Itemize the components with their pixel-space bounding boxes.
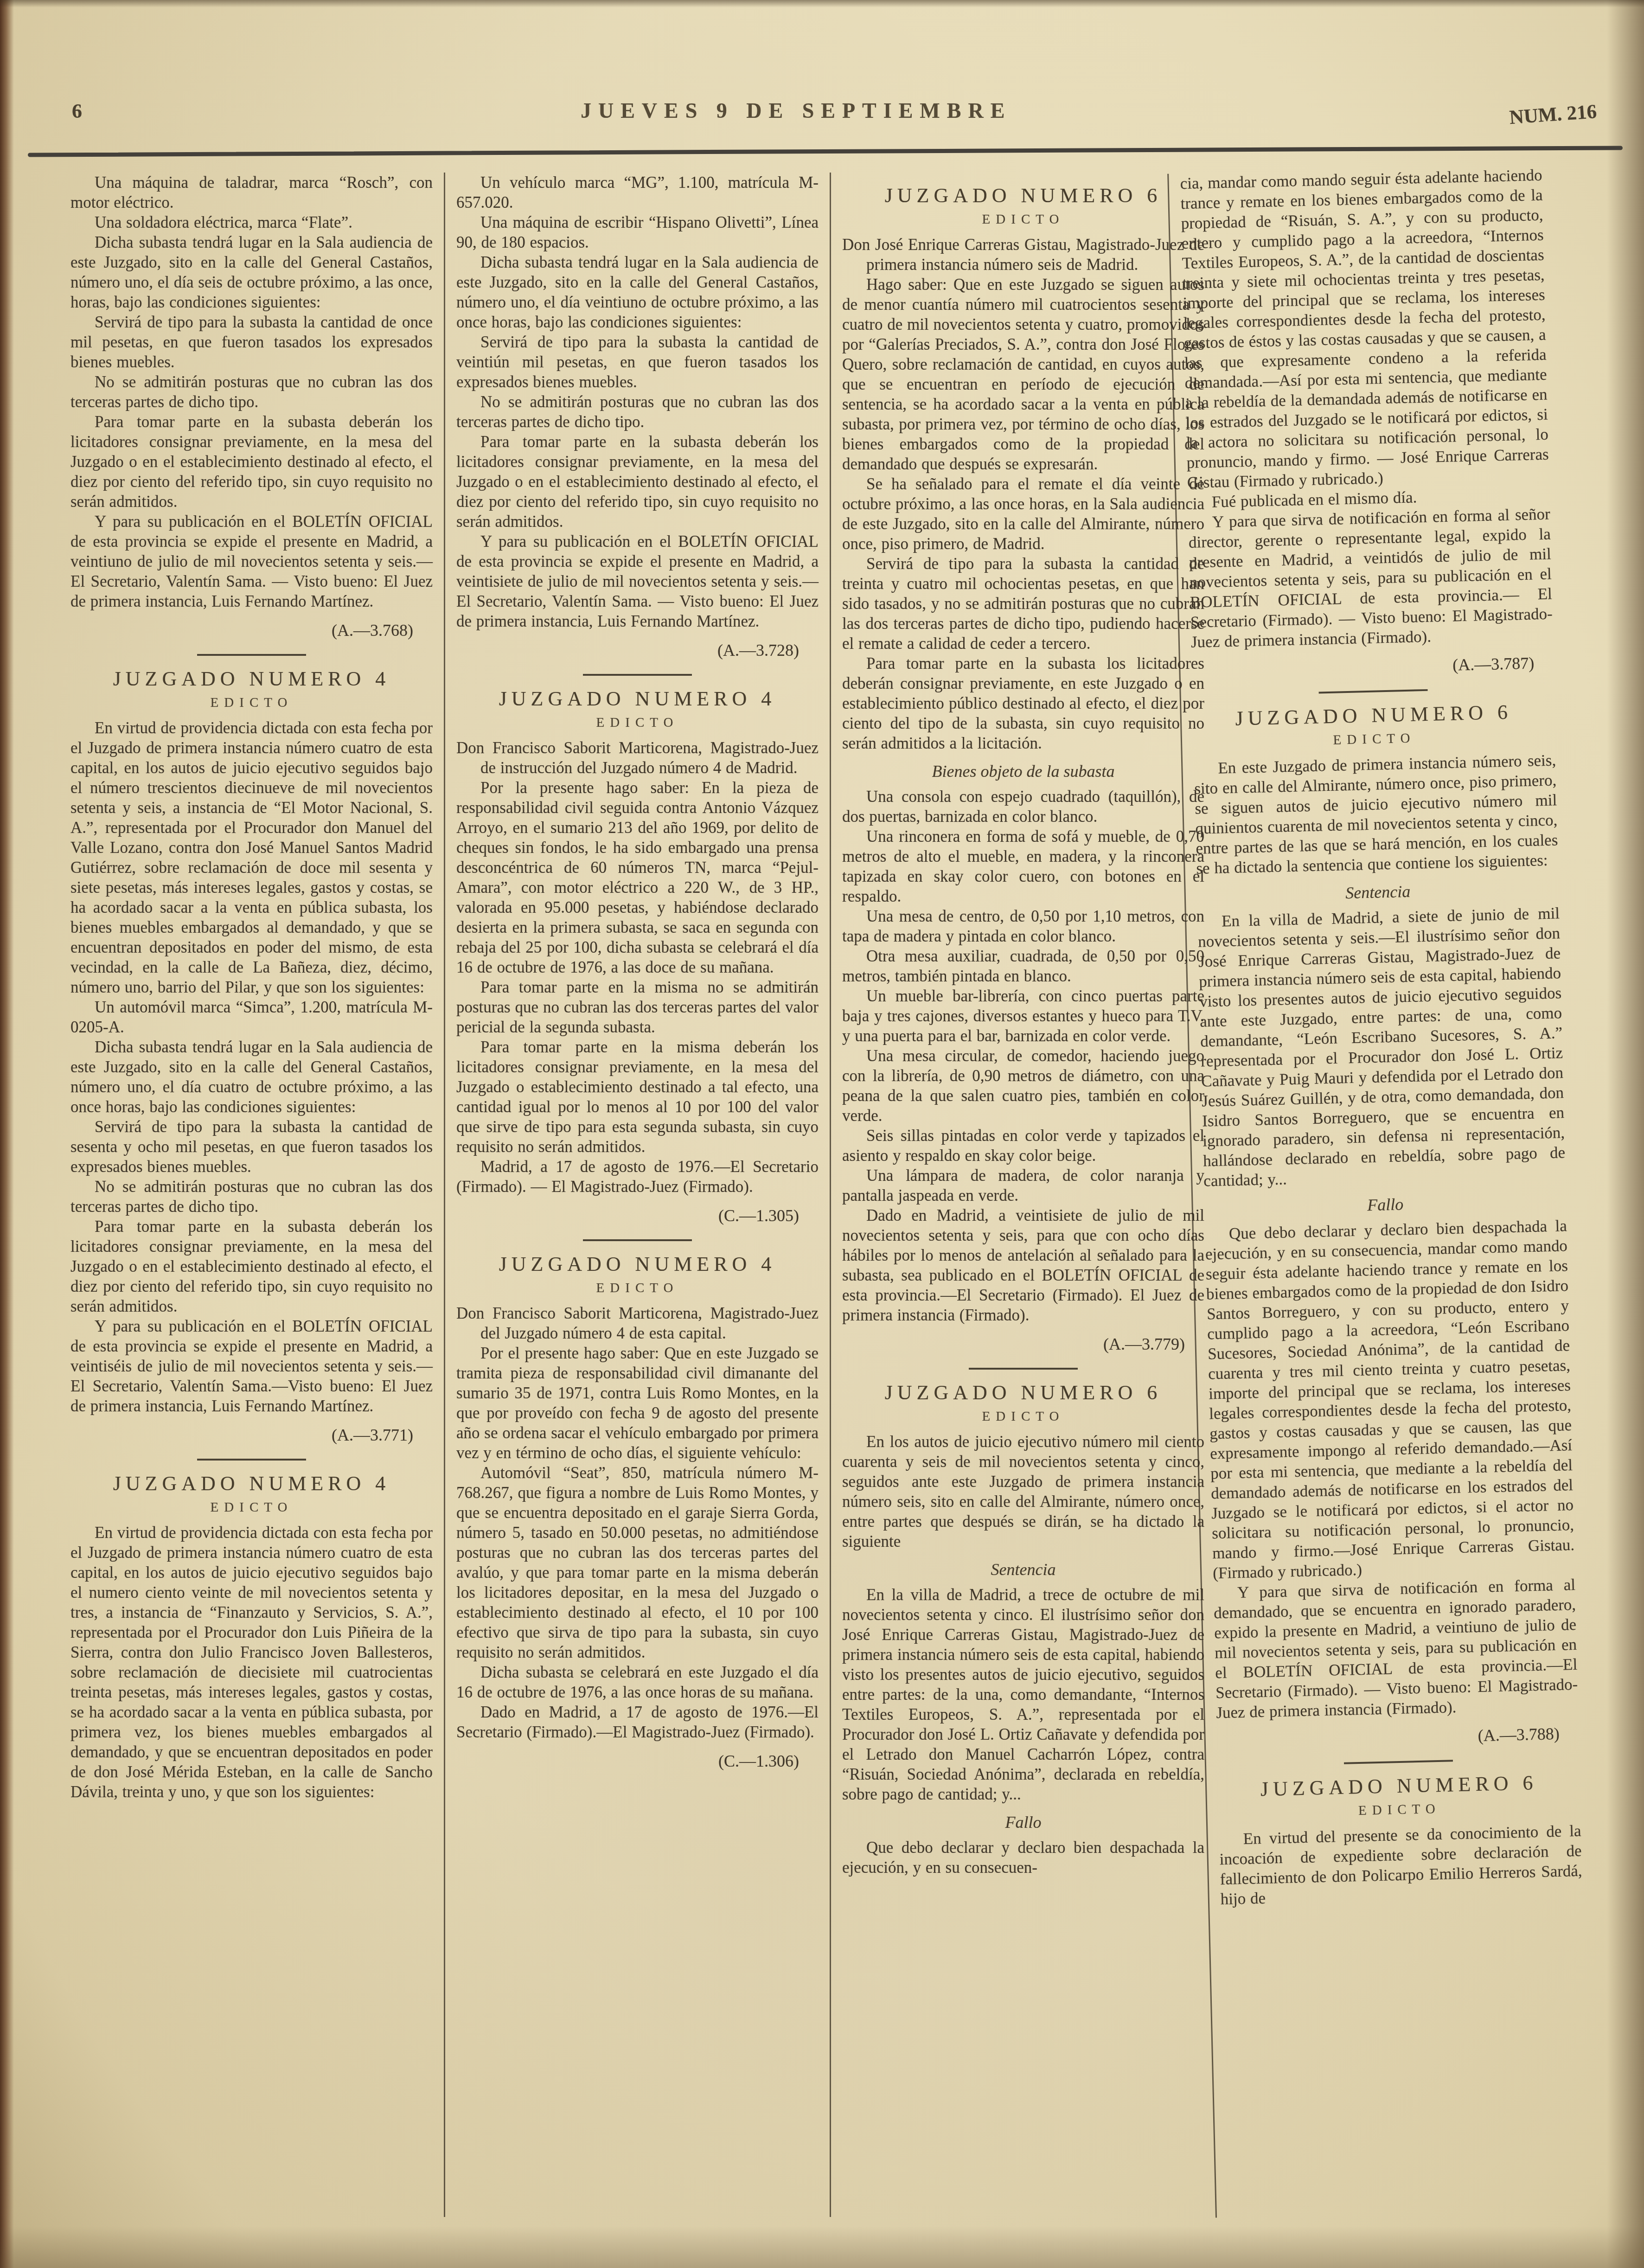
column-2: Un vehículo marca “MG”, 1.100, matrícula… bbox=[444, 173, 830, 2217]
section-title: JUZGADO NUMERO 6 bbox=[842, 1381, 1204, 1404]
section-divider bbox=[1344, 1760, 1453, 1764]
paragraph: Madrid, a 17 de agosto de 1976.—El Secre… bbox=[456, 1157, 819, 1197]
page-top-edge bbox=[0, 0, 1644, 7]
paragraph-hanging: Don José Enrique Carreras Gistau, Magist… bbox=[842, 235, 1204, 275]
issue-number: NUM. 216 bbox=[1509, 100, 1598, 129]
paragraph: Para tomar parte en la subasta los licit… bbox=[842, 653, 1204, 753]
paragraph: No se admitirán posturas que no cubran l… bbox=[70, 372, 433, 412]
edicto-label: EDICTO bbox=[1193, 727, 1556, 751]
paragraph: Se ha señalado para el remate el día vei… bbox=[842, 474, 1204, 554]
paragraph: Una máquina de taladrar, marca “Rosch”, … bbox=[70, 173, 433, 212]
paragraph: Servirá de tipo para la subasta la canti… bbox=[842, 554, 1204, 653]
paragraph: Hago saber: Que en este Juzgado se sigue… bbox=[842, 275, 1204, 474]
paragraph: Por la presente hago saber: En la pieza … bbox=[456, 778, 819, 977]
reference-code: (A.—3.771) bbox=[70, 1425, 413, 1445]
paragraph: Para tomar parte en la misma deberán los… bbox=[456, 1037, 819, 1157]
section-divider bbox=[583, 1239, 692, 1241]
reference-code: (C.—1.305) bbox=[456, 1206, 799, 1225]
paragraph: No se admitirán posturas que no cubran l… bbox=[456, 392, 819, 432]
paragraph: En virtud de providencia dictada con est… bbox=[70, 1523, 433, 1802]
paragraph: En la villa de Madrid, a trece de octubr… bbox=[842, 1585, 1204, 1804]
paragraph: Y para su publicación en el BOLETÍN OFIC… bbox=[70, 512, 433, 611]
reference-code: (A.—3.788) bbox=[1216, 1724, 1560, 1751]
paragraph-continued: cia, mandar como mando seguir ésta adela… bbox=[1180, 165, 1549, 493]
paragraph: Dado en Madrid, a veintisiete de julio d… bbox=[842, 1205, 1204, 1325]
gazette-page: 6 JUEVES 9 DE SEPTIEMBRE NUM. 216 Una má… bbox=[0, 0, 1644, 2268]
page-title: JUEVES 9 DE SEPTIEMBRE bbox=[82, 98, 1510, 123]
section-title: JUZGADO NUMERO 4 bbox=[70, 667, 433, 691]
reference-code: (A.—3.768) bbox=[70, 621, 413, 640]
edicto-label: EDICTO bbox=[70, 1500, 433, 1515]
section-divider bbox=[197, 1459, 306, 1461]
reference-code: (C.—1.306) bbox=[456, 1751, 799, 1771]
italic-subhead: Fallo bbox=[1204, 1191, 1567, 1218]
paragraph: Una mesa circular, de comedor, haciendo … bbox=[842, 1046, 1204, 1126]
column-4: cia, mandar como mando seguir ésta adela… bbox=[1167, 165, 1601, 2217]
paragraph: Una consola con espejo cuadrado (taquill… bbox=[842, 787, 1204, 826]
edicto-label: EDICTO bbox=[842, 1409, 1204, 1424]
section-title: JUZGADO NUMERO 4 bbox=[456, 1252, 819, 1276]
paragraph: Una soldadora eléctrica, marca “Flate”. bbox=[70, 212, 433, 232]
page-left-edge bbox=[0, 0, 14, 2268]
paragraph: En virtud de providencia dictada con est… bbox=[70, 718, 433, 997]
reference-code: (A.—3.787) bbox=[1191, 653, 1535, 680]
paragraph: No se admitirán posturas que no cubran l… bbox=[70, 1177, 433, 1217]
paragraph: Automóvil “Seat”, 850, matrícula número … bbox=[456, 1463, 819, 1662]
paragraph: Y para que sirva de notificación en form… bbox=[1213, 1575, 1579, 1723]
reference-code: (A.—3.728) bbox=[456, 641, 799, 660]
edicto-label: EDICTO bbox=[456, 715, 819, 730]
paragraph: En la villa de Madrid, a siete de junio … bbox=[1197, 903, 1566, 1191]
paragraph: Un automóvil marca “Simca”, 1.200, matrí… bbox=[70, 997, 433, 1037]
paragraph: Otra mesa auxiliar, cuadrada, de 0,50 po… bbox=[842, 946, 1204, 986]
page-number: 6 bbox=[72, 99, 82, 123]
paragraph-hanging: Don Francisco Saborit Marticorena, Magis… bbox=[456, 1303, 819, 1343]
section-divider bbox=[583, 674, 692, 676]
paragraph: Servirá de tipo para la subasta la canti… bbox=[70, 312, 433, 372]
section-title: JUZGADO NUMERO 6 bbox=[1192, 699, 1555, 731]
italic-subhead: Fallo bbox=[842, 1813, 1204, 1832]
paragraph: Para tomar parte en la misma no se admit… bbox=[456, 977, 819, 1037]
paragraph: Dado en Madrid, a 17 de agosto de 1976.—… bbox=[456, 1702, 819, 1742]
section-title: JUZGADO NUMERO 4 bbox=[70, 1472, 433, 1495]
page-bottom-edge bbox=[0, 2226, 1644, 2268]
edicto-label: EDICTO bbox=[70, 695, 433, 711]
edicto-label: EDICTO bbox=[1218, 1798, 1581, 1822]
paragraph: En los autos de juicio ejecutivo número … bbox=[842, 1432, 1204, 1551]
section-title: JUZGADO NUMERO 6 bbox=[1218, 1770, 1580, 1802]
paragraph: Una máquina de escribir “Hispano Olivett… bbox=[456, 212, 819, 252]
paragraph-hanging: Don Francisco Saborit Marticorena, Magis… bbox=[456, 738, 819, 778]
paragraph: Seis sillas pintadas en color verde y ta… bbox=[842, 1126, 1204, 1166]
paragraph: Una rinconera en forma de sofá y mueble,… bbox=[842, 826, 1204, 906]
page-header: 6 JUEVES 9 DE SEPTIEMBRE NUM. 216 bbox=[72, 98, 1598, 123]
paragraph: Servirá de tipo para la subasta la canti… bbox=[456, 332, 819, 392]
paragraph: Una mesa de centro, de 0,50 por 1,10 met… bbox=[842, 906, 1204, 946]
paragraph: Dicha subasta tendrá lugar en la Sala au… bbox=[70, 232, 433, 312]
column-3: JUZGADO NUMERO 6EDICTODon José Enrique C… bbox=[830, 173, 1215, 2217]
section-divider bbox=[1319, 689, 1428, 694]
edicto-label: EDICTO bbox=[842, 212, 1204, 227]
header-rule bbox=[28, 146, 1623, 157]
paragraph: Que debo declarar y declaro bien despach… bbox=[842, 1838, 1204, 1877]
section-divider bbox=[969, 1368, 1078, 1370]
paragraph: Y para su publicación en el BOLETÍN OFIC… bbox=[70, 1316, 433, 1416]
paragraph: En este Juzgado de primera instancia núm… bbox=[1194, 750, 1559, 878]
paragraph: Un mueble bar-librería, con cinco puerta… bbox=[842, 986, 1204, 1046]
paragraph: Y para su publicación en el BOLETÍN OFIC… bbox=[456, 532, 819, 631]
paragraph: Para tomar parte en la subasta deberán l… bbox=[70, 1217, 433, 1316]
columns: Una máquina de taladrar, marca “Rosch”, … bbox=[70, 173, 1601, 2217]
edicto-label: EDICTO bbox=[456, 1281, 819, 1296]
paragraph: Dicha subasta tendrá lugar en la Sala au… bbox=[456, 252, 819, 332]
paragraph: Un vehículo marca “MG”, 1.100, matrícula… bbox=[456, 173, 819, 212]
page-right-edge bbox=[1607, 0, 1644, 2268]
paragraph: Que debo declarar y declaro bien despach… bbox=[1205, 1216, 1575, 1583]
paragraph: Una lámpara de madera, de color naranja … bbox=[842, 1166, 1204, 1205]
paragraph: Para tomar parte en la subasta deberán l… bbox=[456, 432, 819, 532]
section-title: JUZGADO NUMERO 6 bbox=[842, 184, 1204, 207]
section-divider bbox=[197, 654, 306, 656]
italic-subhead: Bienes objeto de la subasta bbox=[842, 762, 1204, 781]
paragraph: Para tomar parte en la subasta deberán l… bbox=[70, 412, 433, 512]
paragraph: Y para que sirva de notificación en form… bbox=[1188, 504, 1553, 652]
italic-subhead: Sentencia bbox=[1196, 878, 1559, 906]
paragraph: Por el presente hago saber: Que en este … bbox=[456, 1343, 819, 1463]
column-1: Una máquina de taladrar, marca “Rosch”, … bbox=[70, 173, 444, 2217]
reference-code: (A.—3.779) bbox=[842, 1334, 1185, 1354]
italic-subhead: Sentencia bbox=[842, 1560, 1204, 1579]
paragraph: Dicha subasta tendrá lugar en la Sala au… bbox=[70, 1037, 433, 1117]
paragraph: Dicha subasta se celebrará en este Juzga… bbox=[456, 1662, 819, 1702]
paragraph: Servirá de tipo para la subasta la canti… bbox=[70, 1117, 433, 1177]
section-title: JUZGADO NUMERO 4 bbox=[456, 687, 819, 711]
paragraph: En virtud del presente se da conocimient… bbox=[1219, 1821, 1583, 1909]
